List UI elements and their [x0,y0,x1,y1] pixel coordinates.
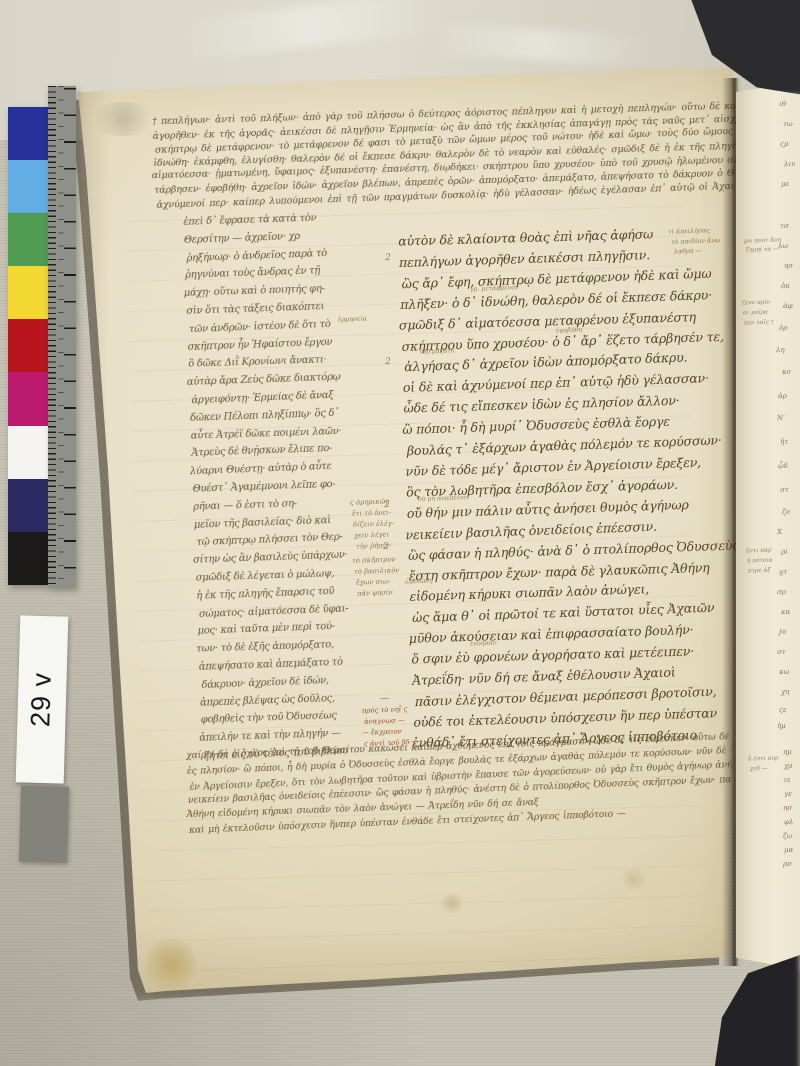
margin-note: φλ [784,818,794,826]
margin-note: ϛ ἀντὶ τοῦ βδ·· [364,738,414,748]
margin-note: ἀναγνωσ — [364,716,405,725]
color-swatch [8,426,48,479]
margin-note: λη [776,346,785,354]
margin-note: πτρε ἀξ [748,568,771,575]
margin-note: ὡμοιώθη [405,578,433,586]
folio-label: 29 v [16,615,69,783]
margin-note: ἐφοβήθη [556,327,582,335]
fabric-fold [429,22,651,67]
parchment-stain [88,102,158,136]
margin-note: ζο [782,508,790,516]
margin-note: τί ἀπειλήσας [668,227,710,235]
margin-note: — ἔκχρειον [362,727,402,736]
margin-note: στ [777,648,786,656]
margin-note: 2 [385,357,391,367]
margin-note: ἔστι παρ [746,548,772,555]
folio-number: 29 v [26,672,59,728]
margin-note: ἀπεμάξατο [420,347,455,355]
margin-note: τσ [780,222,789,230]
margin-note: ἀφ [783,302,793,310]
margin-note: ἐνόησαν [470,640,497,648]
photo-ruler [48,86,76,588]
margin-note: ρσ [783,860,792,868]
margin-note: — [380,694,389,704]
fabric-fold [179,0,442,62]
margin-note: τὸ παιδίον ἄνω [671,237,720,246]
margin-note: αι μοῖρα [743,310,768,317]
margin-note: δίζειν ἐλέγ- [353,519,394,528]
margin-note: ἤτ [780,438,788,446]
margin-note: τὸ σκῆπτρον [352,555,396,565]
margin-note: ἑρμηνεία [338,315,367,323]
margin-note: τὸ βασιλικὸν [354,566,400,576]
margin-note: χεδ — [750,766,768,773]
color-swatch [8,213,48,266]
margin-note: ἡ πότνια [747,558,773,565]
margin-note: ϛμ [780,140,789,148]
margin-note: ρὶ [781,548,788,556]
margin-note: ὀπ [781,282,790,290]
margin-note: ὀρ [779,324,788,332]
margin-note: ιθ [779,100,786,108]
parchment-stain [146,936,196,994]
margin-note: ἔχων σιω- [356,577,391,586]
margin-note: χρ [784,762,793,770]
margin-note: πᾶν φησίν [357,588,393,597]
margin-note: ημ [783,748,792,756]
margin-note: κα [781,608,791,616]
margin-note: λιν [784,160,796,168]
color-swatch [8,160,48,213]
margin-note: ησ [784,262,793,270]
color-swatch [8,532,48,585]
margin-note: ϛε [779,706,787,714]
color-swatch [8,319,48,372]
margin-note: μα [784,846,794,854]
parchment-stain [438,893,466,913]
margin-note: ζημηὶ τα — [746,246,779,253]
margin-note: τε [783,776,791,784]
margin-note: χη [781,688,790,696]
margin-note: 2 [385,253,391,263]
margin-note: λαθρη — [674,248,702,256]
color-swatch [8,479,48,532]
margin-note: κω [779,668,790,676]
margin-note: ἀρ [778,392,787,400]
manuscript-page: † πεπλήγων· ἀντὶ τοῦ πλήξων· ἀπὸ γὰρ τοῦ… [76,64,738,996]
margin-note: πρὸς τὸ νηῒ ϛ [362,705,408,715]
margin-note: Χ [777,528,782,536]
margin-note: λω [778,242,788,250]
margin-note: 2 [384,500,390,510]
ruler-ticks [58,86,64,588]
margin-note: ζω [783,832,793,840]
margin-note: ϗτ [779,568,788,576]
color-swatch [8,372,48,425]
margin-note: ᾧδ [778,462,788,470]
margin-note: ησ [783,804,792,812]
margin-note: ζενν πρὶν [742,300,770,307]
margin-note: ϝο [779,628,787,636]
margin-note: σρ [777,588,786,596]
margin-note: κο [782,368,791,376]
margin-note: στ [780,486,789,494]
margin-note: πεν ταῖς † [744,319,774,326]
margin-note: με [781,180,790,188]
margin-note: ὅ ἐστι πυρ [748,755,779,762]
color-swatch [8,107,48,160]
margin-note: γε [784,790,792,798]
margin-note: ἡμ [777,722,786,730]
parchment-stain [618,868,650,890]
margin-note: χειν λέγει [354,530,389,539]
gray-calibration-strip [19,785,69,862]
manuscript-photograph: † πεπλήγων· ἀντὶ τοῦ πλήξων· ἀπὸ γὰρ τοῦ… [0,0,800,1066]
margin-note: τω [783,120,793,128]
color-calibration-bar [8,107,48,585]
margin-note: Ν˙ [777,414,787,422]
main-text-block: αὐτὸν δὲ κλαίοντα θοὰς ἐπὶ νῆας ἀφήσωπεπ… [398,223,686,754]
scholia-left-column: ἐπεὶ δ᾽ ἔφρασε τὰ κατὰ τὸνΘερσίτην — ἀχρ… [183,208,368,765]
scholia-top-block: † πεπλήγων· ἀντὶ τοῦ πλήξων· ἀπὸ γὰρ τοῦ… [152,100,711,212]
color-swatch [8,266,48,319]
margin-note: 2 [383,542,389,552]
